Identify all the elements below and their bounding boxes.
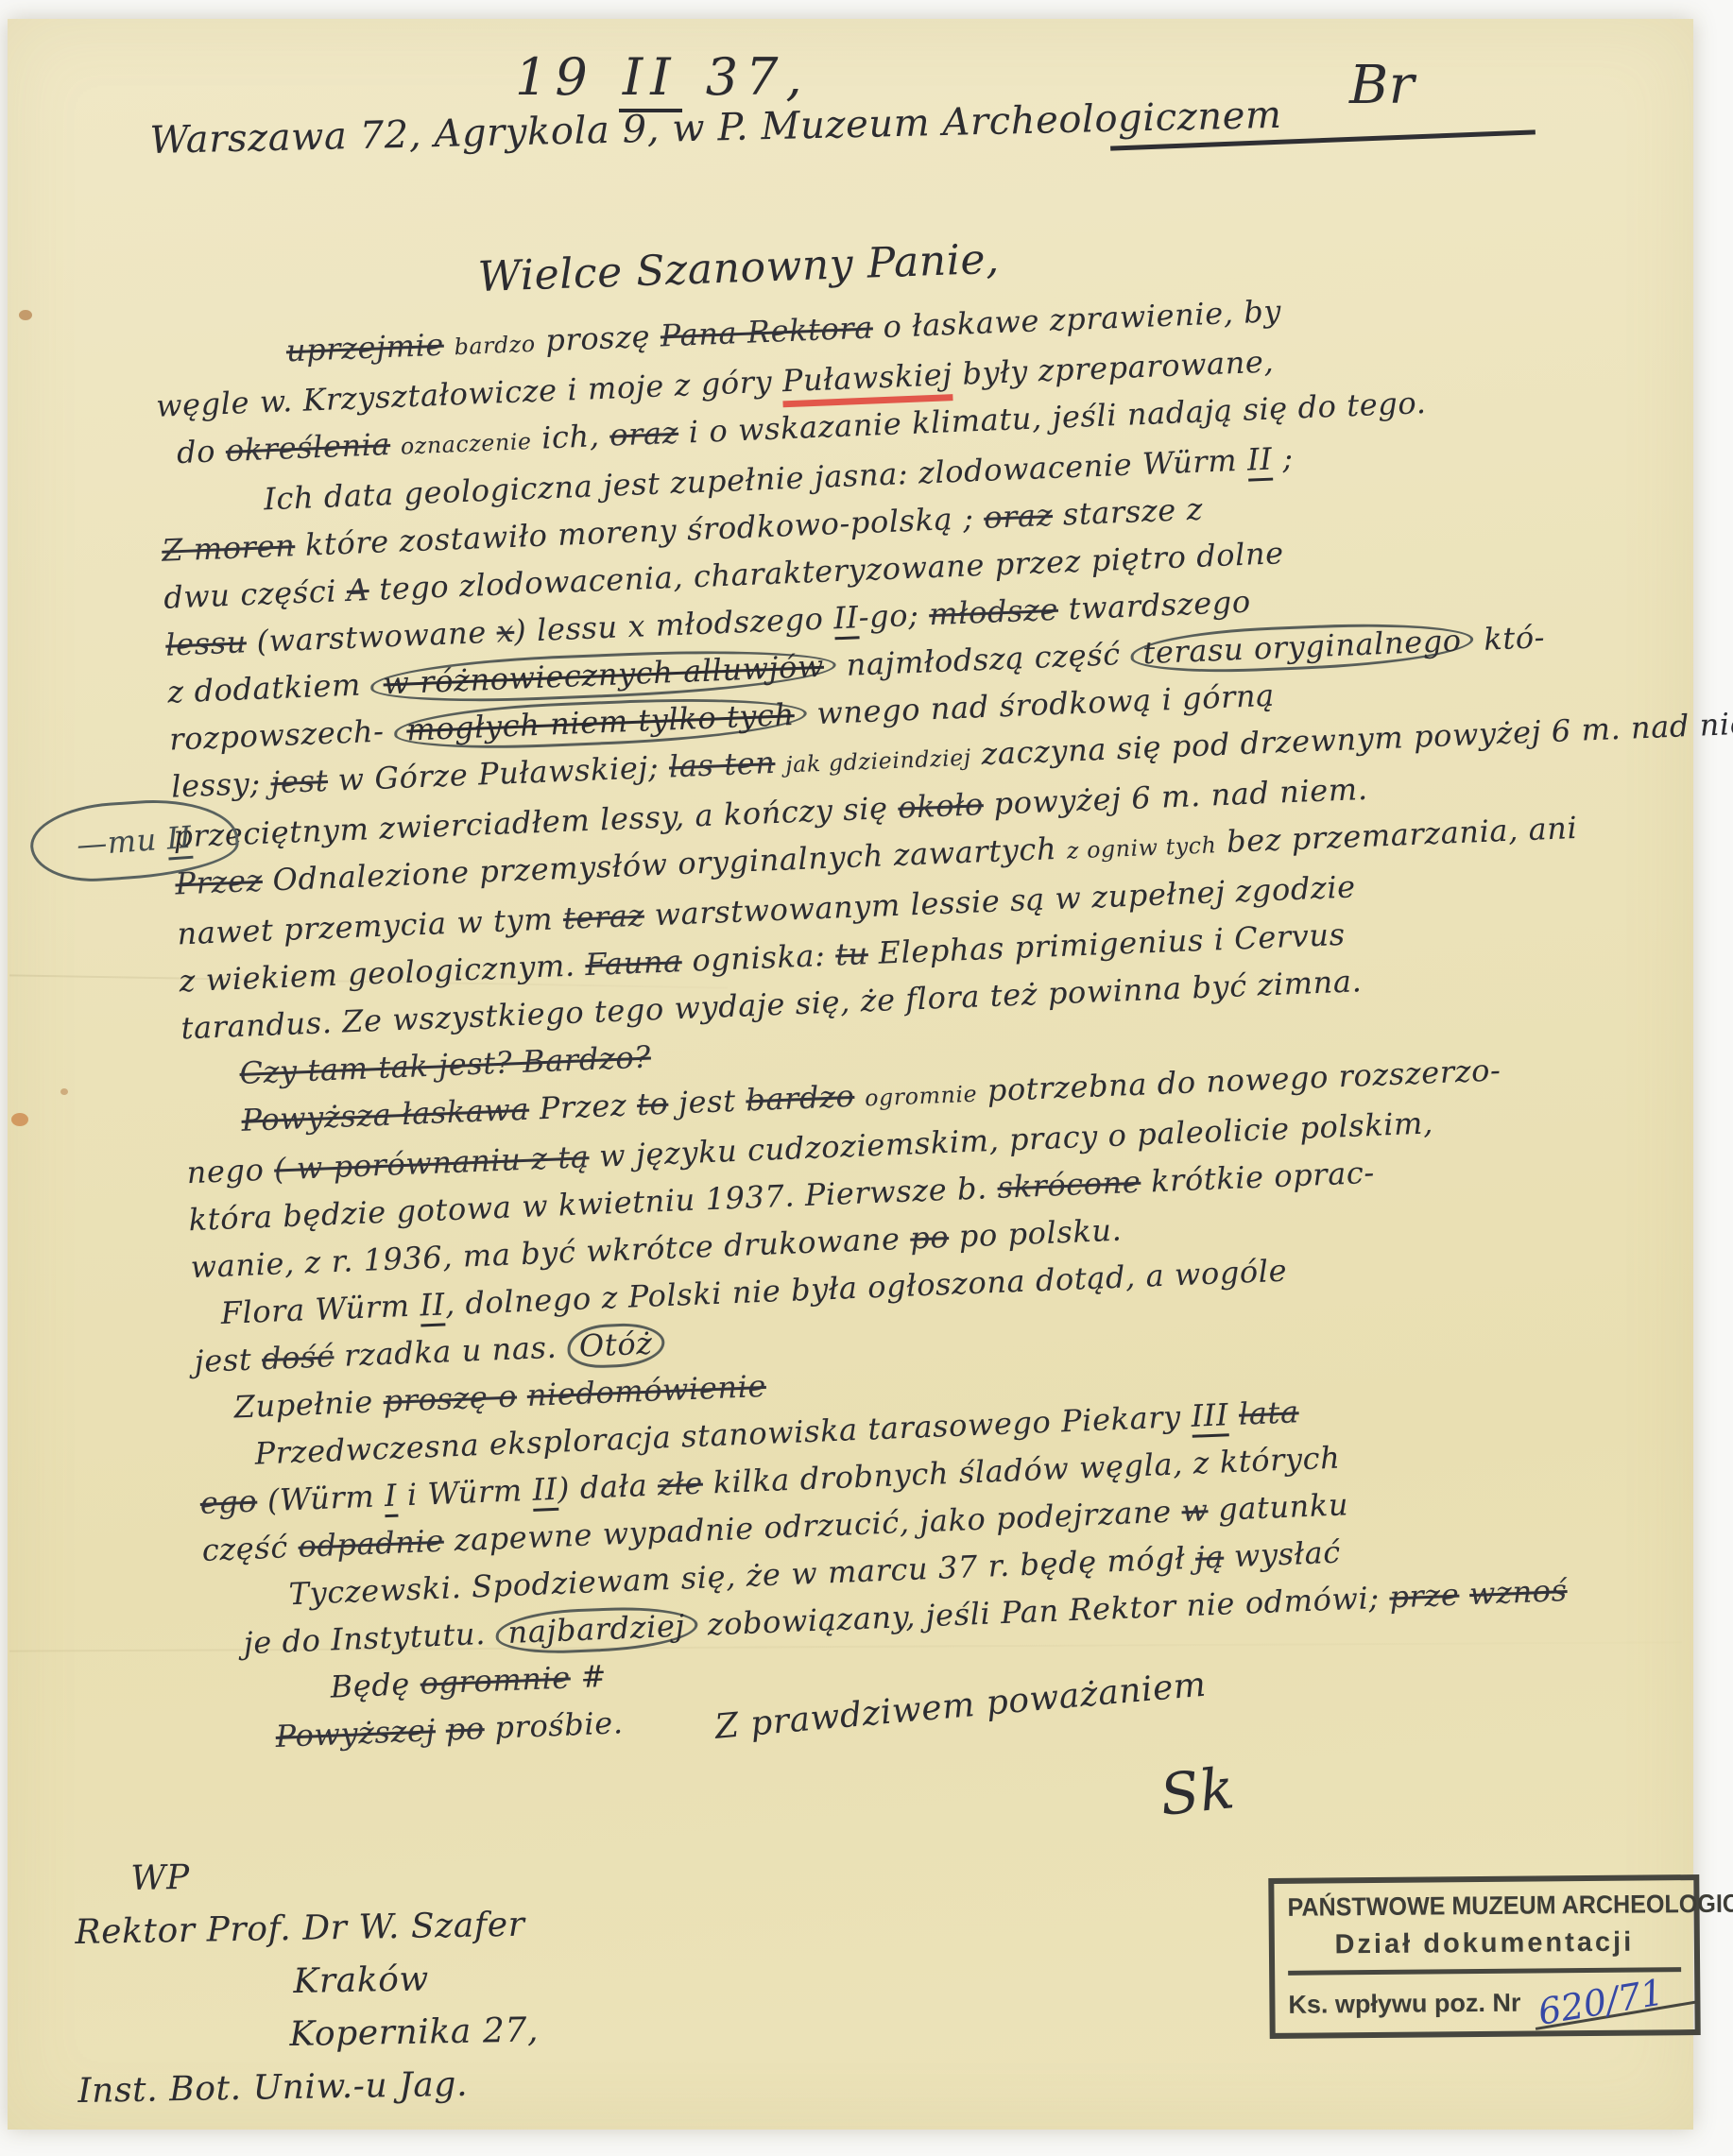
margin-note-prefix: —mu [76,821,168,864]
underlined-text: II [532,1471,558,1512]
handwritten-text: krótkie oprac- [1141,1155,1376,1200]
struck-text: złe [657,1465,703,1503]
struck-text: ego [199,1483,258,1521]
date-month-roman: II [619,47,682,112]
struck-text: dość [261,1338,335,1377]
struck-text: lessu [165,624,248,662]
paper-stain [19,310,32,320]
struck-text: Powyższej [275,1712,437,1754]
handwritten-text: prośbie. [484,1704,624,1746]
handwritten-text: -go; [858,596,930,635]
struck-text: około [898,786,985,826]
stamp-entry-number: 620/71 [1531,1973,1698,2030]
handwritten-text: bez przemarzania, ani [1216,810,1578,860]
struck-text: odpadnie [298,1523,445,1565]
handwritten-text: część [201,1529,299,1568]
handwritten-text: Przez [528,1087,637,1127]
signature: Sk [1158,1755,1239,1829]
handwritten-text [854,1077,866,1113]
struck-text: proszę o [383,1377,518,1419]
handwritten-text: (Würm [256,1478,385,1518]
paper-stain [11,1113,28,1126]
struck-text: uprzejmie [285,327,444,369]
struck-text: skrócone [997,1164,1141,1206]
struck-text: młodsze [928,591,1058,632]
handwritten-text: ogniska: [681,937,836,979]
stamp-department: Dział dokumentacji [1288,1919,1681,1976]
circled-text: Otóż [566,1322,665,1369]
handwritten-text: Flora Würm [220,1288,420,1331]
handwritten-text: ich, [531,418,610,456]
struck-text: A [346,572,369,608]
struck-text: niedomówienie [526,1368,767,1413]
handwritten-text [389,426,401,462]
inserted-text: bardzo [454,331,536,360]
margin-note-numeral: II [165,819,193,861]
handwritten-text: o łaskawe zprawienie, by [872,293,1282,345]
struck-text: jest [270,762,329,800]
scan-background: 19 II 37, Br Warszawa 72, Agrykola 9, w … [0,0,1733,2156]
underlined-text: II [1246,441,1273,482]
date-year: 37, [706,47,810,107]
stamp-museum-name: PAŃSTWOWE MUZEUM ARCHEOLOGICZNE [1287,1890,1653,1922]
handwritten-text: i Würm [396,1472,533,1514]
struck-text: to [636,1086,669,1122]
handwritten-text: w Górze Puławskiej; [327,748,670,797]
handwritten-text: rozpowszech- [169,712,395,758]
recipient-line: Rektor Prof. Dr W. Szafer [75,1898,538,1959]
date-line: 19 II 37, [515,47,810,107]
handwritten-text: wysłać [1223,1534,1341,1575]
handwritten-text: ; [1272,440,1295,477]
handwritten-text: z dodatkiem [167,666,372,710]
struck-text: po [909,1219,949,1257]
recipient-line: Kopernika 27, [77,2004,540,2065]
inserted-text: z ogniw tych [1066,831,1217,864]
struck-text: ( w porównaniu z tą [273,1138,590,1187]
sender-initials: Br [1349,55,1415,116]
handwritten-text: proszę [535,317,661,358]
letter-body: uprzejmie bardzo proszę Pana Rektora o ł… [153,272,1722,1763]
date-day: 19 [515,47,595,107]
struck-text: w [1181,1492,1210,1529]
handwritten-text: dwu części [163,573,348,616]
handwritten-text: ) lessu x młodszego [513,600,834,649]
recipient-line: Inst. Bot. Uniw.-u Jag. [77,2057,540,2118]
handwritten-text: Będę [330,1666,420,1705]
struck-text: teraz [562,898,644,936]
handwritten-text: (warstwowane [246,614,497,660]
handwritten-text: lessy; [171,764,272,804]
struck-text: określenia [225,426,391,469]
paper-stain [60,1088,68,1095]
inserted-text: ogromnie [865,1081,978,1112]
handwritten-text: starsze z [1052,491,1203,533]
struck-text: tu [834,935,868,972]
handwritten-text: do [176,433,226,471]
inserted-text: oznaczenie [400,428,532,460]
struck-text: x [496,613,515,650]
struck-text: oraz [983,497,1053,536]
struck-text: Z moren [162,527,296,569]
handwritten-text: # [570,1658,608,1696]
struck-text: lata [1238,1394,1299,1432]
handwritten-text [443,326,455,362]
struck-text: po [445,1710,485,1748]
handwritten-text: były zpreparowane, [952,343,1275,392]
handwritten-text: jest [668,1082,747,1121]
recipient-line: Kraków [76,1951,539,2012]
inserted-text: jak gdzieindziej [785,744,972,779]
handwritten-text: najmłodszą część [835,636,1131,683]
handwritten-text: któ- [1473,619,1546,658]
recipient-block: WP Rektor Prof. Dr W. Szafer Kraków Kope… [74,1845,540,2117]
handwritten-text: ) dała [557,1467,658,1507]
underlined-text: II [420,1286,446,1326]
recipient-line: WP [74,1845,537,1907]
stamp-entry-label: Ks. wpływu poz. Nr [1288,1989,1520,2020]
underlined-text: III [1191,1396,1229,1438]
struck-text: Fauna [585,943,683,983]
handwritten-text: nego [186,1152,275,1191]
struck-text: Powyższa łaskawa [241,1091,530,1138]
struck-text: las ten [668,744,776,784]
handwritten-text: je do Instytutu. [243,1616,496,1662]
struck-text: prze [1389,1577,1460,1616]
struck-text: ogromnie [420,1659,572,1701]
struck-text: ją [1194,1539,1225,1576]
struck-text: Pana Rektora [660,309,873,353]
handwritten-text: po polsku. [948,1212,1123,1255]
handwritten-text: gatunku [1208,1486,1349,1528]
struck-text: bardzo [746,1078,856,1119]
circled-text: najbardziej [495,1604,698,1656]
handwritten-text: jest [194,1341,263,1379]
underlined-text: II [832,599,859,640]
archive-stamp: PAŃSTWOWE MUZEUM ARCHEOLOGICZNE Dział do… [1268,1874,1700,2039]
struck-text: wznoś [1468,1572,1568,1612]
handwritten-text: Zupełnie [233,1383,384,1425]
handwritten-text: rzadka u nas. [334,1328,568,1374]
struck-text: oraz [609,415,678,453]
handwritten-text: twardszego [1057,584,1251,627]
